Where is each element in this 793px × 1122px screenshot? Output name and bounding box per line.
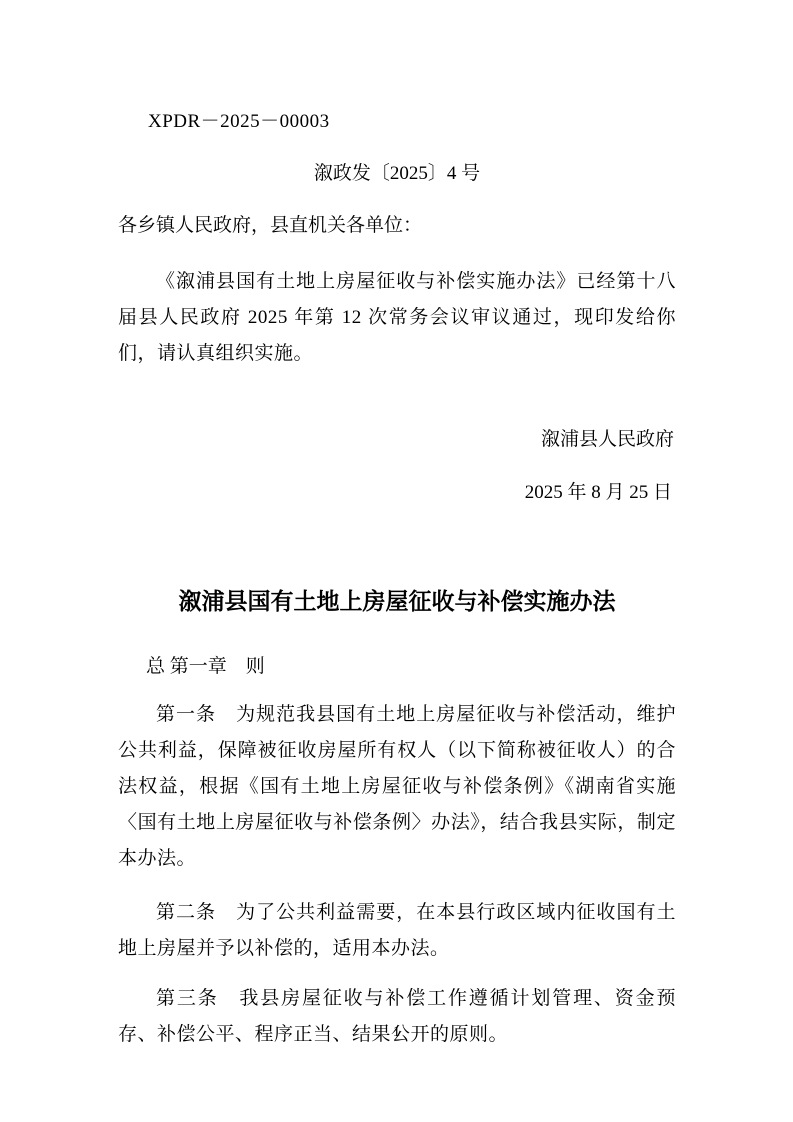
article-3: 第三条 我县房屋征收与补偿工作遵循计划管理、资金预存、补偿公平、程序正当、结果公…	[118, 981, 676, 1053]
article-1: 第一条 为规范我县国有土地上房屋征收与补偿活动，维护公共利益，保障被征收房屋所有…	[118, 697, 676, 877]
page-number: 1	[0, 1022, 793, 1042]
chapter-heading: 总 第一章 则	[118, 649, 676, 685]
issuing-authority-signature: 溆浦县人民政府	[118, 422, 676, 458]
article-2: 第二条 为了公共利益需要，在本县行政区域内征收国有土地上房屋并予以补偿的，适用本…	[118, 895, 676, 967]
issue-number: 溆政发〔2025〕4 号	[118, 156, 676, 192]
document-page: XPDR－2025－00003 溆政发〔2025〕4 号 各乡镇人民政府，县直机…	[0, 0, 793, 1122]
document-code: XPDR－2025－00003	[148, 104, 676, 140]
forwarding-paragraph: 《溆浦县国有土地上房屋征收与补偿实施办法》已经第十八届县人民政府 2025 年第…	[118, 264, 676, 372]
salutation-line: 各乡镇人民政府，县直机关各单位：	[118, 208, 676, 244]
document-title: 溆浦县国有土地上房屋征收与补偿实施办法	[118, 583, 676, 619]
issue-date: 2025 年 8 月 25 日	[118, 475, 676, 511]
